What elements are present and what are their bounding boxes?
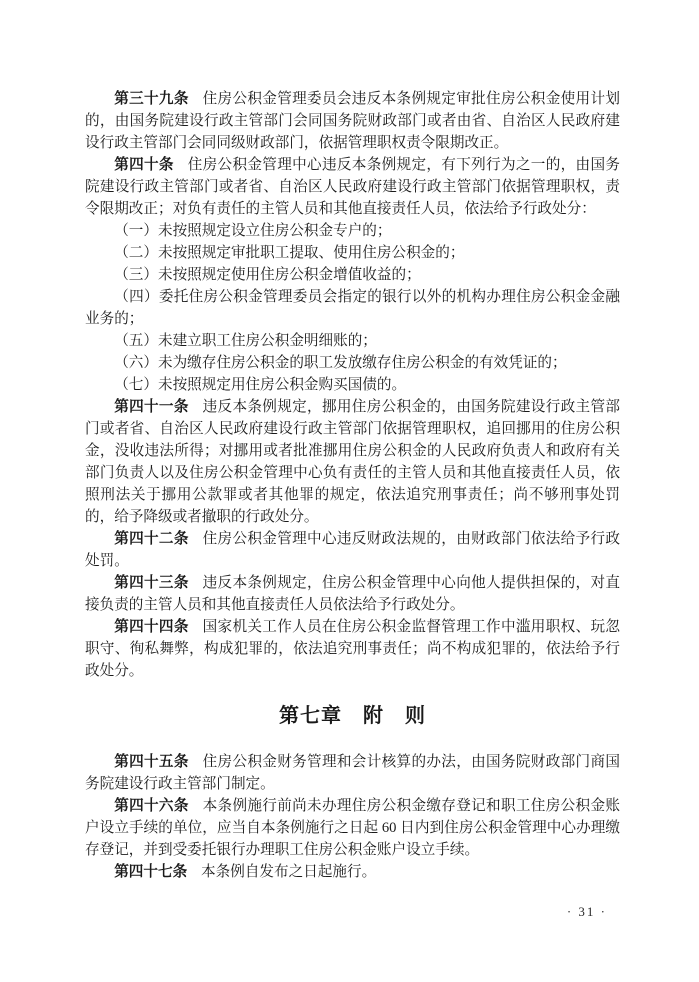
article-paragraph: （七）未按照规定用住房公积金购买国债的。 (85, 374, 620, 396)
article-paragraph: 第四十二条住房公积金管理中心违反财政法规的，由财政部门依法给予行政处罚。 (85, 528, 620, 572)
article-paragraph: （三）未按照规定使用住房公积金增值收益的； (85, 264, 620, 286)
body-text: 第三十九条住房公积金管理委员会违反本条例规定审批住房公积金使用计划的，由国务院建… (85, 88, 620, 883)
article-number: 第四十六条 (114, 798, 189, 814)
article-paragraph: 第四十三条违反本条例规定，住房公积金管理中心向他人提供担保的，对直接负责的主管人… (85, 572, 620, 616)
article-text: （一）未按照规定设立住房公积金专户的； (114, 223, 391, 239)
article-text: （七）未按照规定用住房公积金购买国债的。 (114, 377, 406, 393)
article-paragraph: （一）未按照规定设立住房公积金专户的； (85, 220, 620, 242)
chapter-heading: 第七章 附 则 (85, 703, 620, 729)
article-text: （二）未按照规定审批职工提取、使用住房公积金的； (114, 245, 464, 261)
chapter-seven-articles: 第四十五条住房公积金财务管理和会计核算的办法，由国务院财政部门商国务院建设行政主… (85, 751, 620, 883)
chapter-six-penalty-articles: 第三十九条住房公积金管理委员会违反本条例规定审批住房公积金使用计划的，由国务院建… (85, 88, 620, 682)
article-number: 第四十条 (114, 157, 174, 173)
article-text: （四）委托住房公积金管理委员会指定的银行以外的机构办理住房公积金金融业务的； (85, 289, 620, 327)
article-text: （三）未按照规定使用住房公积金增值收益的； (114, 267, 420, 283)
article-paragraph: 第三十九条住房公积金管理委员会违反本条例规定审批住房公积金使用计划的，由国务院建… (85, 88, 620, 154)
article-paragraph: （二）未按照规定审批职工提取、使用住房公积金的； (85, 242, 620, 264)
article-number: 第四十七条 (114, 864, 187, 880)
article-number: 第四十五条 (114, 754, 189, 770)
article-paragraph: （四）委托住房公积金管理委员会指定的银行以外的机构办理住房公积金金融业务的； (85, 286, 620, 330)
page-number: · 31 · (567, 903, 607, 921)
article-text: （五）未建立职工住房公积金明细账的； (114, 333, 377, 349)
article-paragraph: 第四十六条本条例施行前尚未办理住房公积金缴存登记和职工住房公积金账户设立手续的单… (85, 795, 620, 861)
article-paragraph: 第四十四条国家机关工作人员在住房公积金监督管理工作中滥用职权、玩忽职守、徇私舞弊… (85, 616, 620, 682)
article-paragraph: （六）未为缴存住房公积金的职工发放缴存住房公积金的有效凭证的； (85, 352, 620, 374)
article-text: 本条例自发布之日起施行。 (201, 864, 376, 880)
article-paragraph: 第四十条住房公积金管理中心违反本条例规定，有下列行为之一的，由国务院建设行政主管… (85, 154, 620, 220)
article-paragraph: （五）未建立职工住房公积金明细账的； (85, 330, 620, 352)
article-paragraph: 第四十一条违反本条例规定，挪用住房公积金的，由国务院建设行政主管部门或者省、自治… (85, 396, 620, 528)
document-page: 第三十九条住房公积金管理委员会违反本条例规定审批住房公积金使用计划的，由国务院建… (0, 0, 699, 982)
article-number: 第三十九条 (114, 91, 189, 107)
article-paragraph: 第四十五条住房公积金财务管理和会计核算的办法，由国务院财政部门商国务院建设行政主… (85, 751, 620, 795)
article-number: 第四十三条 (114, 575, 189, 591)
article-text: （六）未为缴存住房公积金的职工发放缴存住房公积金的有效凭证的； (114, 355, 566, 371)
article-number: 第四十一条 (114, 399, 189, 415)
article-text: 违反本条例规定，挪用住房公积金的，由国务院建设行政主管部门或者省、自治区人民政府… (85, 399, 620, 525)
article-paragraph: 第四十七条本条例自发布之日起施行。 (85, 861, 620, 883)
article-number: 第四十二条 (114, 531, 189, 547)
article-number: 第四十四条 (114, 619, 189, 635)
